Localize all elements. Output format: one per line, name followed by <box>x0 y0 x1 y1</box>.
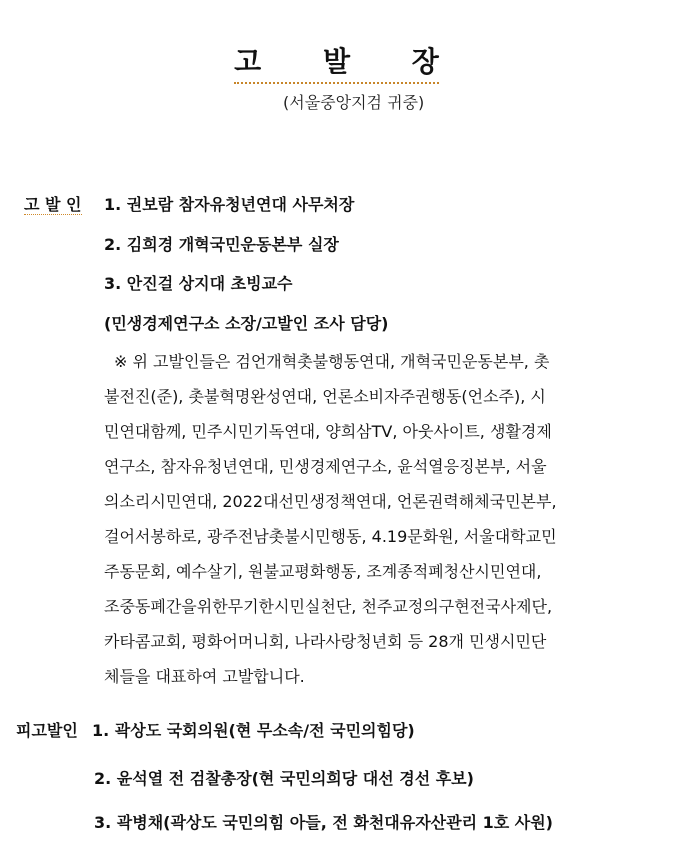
note-line: ※ 위 고발인들은 검언개혁촛불행동연대, 개혁국민운동본부, 촛 <box>114 349 549 372</box>
note-line: 민연대함께, 민주시민기독연대, 양희삼TV, 아웃사이트, 생활경제 <box>104 419 552 442</box>
defendant-item-2: 2. 윤석열 전 검찰총장(현 국민의희당 대선 경선 후보) <box>94 766 474 789</box>
note-line: 카타콤교회, 평화어머니회, 나라사랑청년회 등 28개 민생시민단 <box>104 629 546 652</box>
defendant-item-1: 1. 곽상도 국회의원(현 무소속/전 국민의힘당) <box>92 718 415 741</box>
complainant-item-2: 2. 김희경 개혁국민운동본부 실장 <box>104 232 339 255</box>
document-title: 고 발 장 <box>0 40 673 84</box>
defendant-label: 피고발인 <box>16 718 78 741</box>
document-subtitle: (서울중앙지검 귀중) <box>283 90 424 113</box>
complainant-item-1: 1. 권보람 참자유청년연대 사무처장 <box>104 192 354 215</box>
note-line: 연구소, 참자유청년연대, 민생경제연구소, 윤석열응징본부, 서울 <box>104 454 547 477</box>
note-line: 걸어서봉하로, 광주전남촛불시민행동, 4.19문화원, 서울대학교민 <box>104 524 557 547</box>
defendant-item-3: 3. 곽병채(곽상도 국민의힘 아들, 전 화천대유자산관리 1호 사원) <box>94 810 553 833</box>
note-line: 불전진(준), 촛불혁명완성연대, 언론소비자주권행동(언소주), 시 <box>104 384 546 407</box>
complainant-affiliation: (민생경제연구소 소장/고발인 조사 담당) <box>104 311 388 334</box>
note-line: 조중동폐간을위한무기한시민실천단, 천주교정의구현전국사제단, <box>104 594 552 617</box>
complainant-item-3: 3. 안진걸 상지대 초빙교수 <box>104 271 292 294</box>
note-line: 주동문회, 예수살기, 원불교평화행동, 조계종적폐청산시민연대, <box>104 559 541 582</box>
note-line: 체들을 대표하여 고발합니다. <box>104 664 305 687</box>
note-line: 의소리시민연대, 2022대선민생정책연대, 언론권력해체국민본부, <box>104 489 557 512</box>
complainant-label: 고 발 인 <box>24 192 82 215</box>
